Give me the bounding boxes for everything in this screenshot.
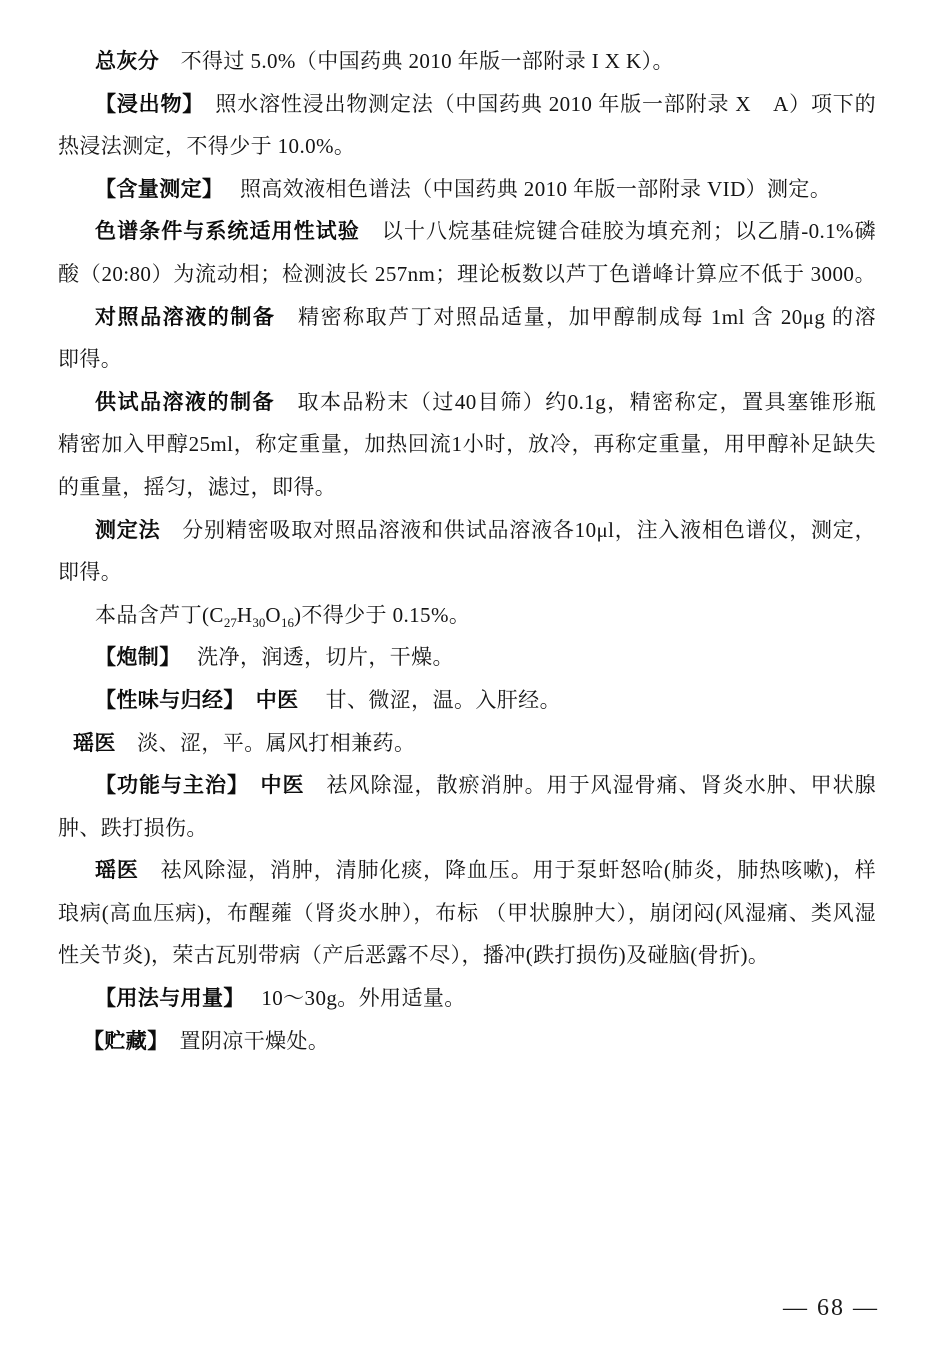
body-text: )不得少于 0.15%。 [294, 603, 470, 627]
heading-text: 瑶医 [95, 859, 139, 882]
text-line: 【用法与用量】 10～30g。外用适量。 [58, 977, 876, 1020]
text-line: 的重量，摇匀，滤过，即得。 [58, 466, 876, 509]
heading-text: 【功能与主治】 [95, 774, 239, 797]
heading-text: 【贮藏】 [83, 1030, 158, 1053]
body-text: 置阴凉干燥处。 [158, 1029, 329, 1053]
heading-text: 瑶医 [73, 732, 116, 755]
body-text: 甘、微涩，温。入肝经。 [299, 688, 561, 712]
body-text: 的重量，摇匀，滤过，即得。 [58, 475, 336, 499]
body-text: 精密加入甲醇25ml，称定重量，加热回流1小时，放冷，再称定重量，用甲醇补足缺失 [58, 432, 876, 456]
body-text: 琅病(高血压病)，布醒蕹（肾炎水肿），布标 （甲状腺肿大），崩闭闷(风湿痛、类风… [58, 901, 876, 925]
text-line: 测定法 分别精密吸取对照品溶液和供试品溶液各10μl，注入液相色谱仪，测定， [58, 509, 876, 552]
heading-text: 【浸出物】 [95, 93, 194, 116]
text-line: 对照品溶液的制备 精密称取芦丁对照品适量，加甲醇制成每 1ml 含 20μg 的… [58, 296, 876, 339]
body-text: O [265, 603, 281, 627]
body-text [239, 773, 261, 797]
body-text: 淡、涩，平。属风打相兼药。 [116, 731, 416, 755]
text-line: 琅病(高血压病)，布醒蕹（肾炎水肿），布标 （甲状腺肿大），崩闭闷(风湿痛、类风… [58, 892, 876, 935]
text-line: 供试品溶液的制备 取本品粉末（过40目筛）约0.1g，精密称定，置具塞锥形瓶中， [58, 381, 876, 424]
heading-text: 供试品溶液的制备 [95, 391, 275, 414]
heading-text: 色谱条件与系统适用性试验 [95, 220, 360, 243]
text-line: 精密加入甲醇25ml，称定重量，加热回流1小时，放冷，再称定重量，用甲醇补足缺失 [58, 423, 876, 466]
text-line: 色谱条件与系统适用性试验 以十八烷基硅烷键合硅胶为填充剂；以乙腈-0.1%磷 [58, 210, 876, 253]
text-line: 【贮藏】 置阴凉干燥处。 [58, 1020, 876, 1063]
text-line: 【功能与主治】 中医 祛风除湿，散瘀消肿。用于风湿骨痛、肾炎水肿、甲状腺 [58, 764, 876, 807]
heading-text: 对照品溶液的制备 [95, 306, 275, 329]
text-line: 瑶医 淡、涩，平。属风打相兼药。 [58, 722, 876, 765]
document-page: 总灰分 不得过 5.0%（中国药典 2010 年版一部附录 I X K）。【浸出… [0, 0, 927, 1353]
text-line: 【性味与归经】 中医 甘、微涩，温。入肝经。 [58, 679, 876, 722]
body-text: 本品含芦丁(C [95, 603, 224, 627]
body-text: 即得。 [58, 560, 122, 584]
body-text: 洗净，润透，切片，干燥。 [170, 645, 454, 669]
body-text: 性关节炎)，荣古瓦别带病（产后恶露不尽），播冲(跌打损伤)及碰脑(骨折)。 [58, 943, 769, 967]
subscript-text: 27 [224, 615, 237, 630]
text-line: 本品含芦丁(C27H30O16)不得少于 0.15%。 [58, 594, 876, 637]
body-text: 10～30g。外用适量。 [234, 986, 465, 1010]
text-line: 热浸法测定，不得少于 10.0%。 [58, 125, 876, 168]
heading-text: 测定法 [95, 519, 160, 542]
body-text: 分别精密吸取对照品溶液和供试品溶液各10μl，注入液相色谱仪，测定， [160, 518, 876, 542]
text-line: 【炮制】 洗净，润透，切片，干燥。 [58, 636, 876, 679]
text-line: 即得。 [58, 551, 876, 594]
body-text: 照高效液相色谱法（中国药典 2010 年版一部附录 VID）测定。 [213, 177, 831, 201]
body-text [234, 688, 255, 712]
heading-text: 【含量测定】 [95, 178, 213, 201]
body-text: H [237, 603, 253, 627]
text-line: 瑶医 祛风除湿，消肿，清肺化痰，降血压。用于泵虷怒哈(肺炎，肺热咳嗽)，样 [58, 849, 876, 892]
body-text: 以十八烷基硅烷键合硅胶为填充剂；以乙腈-0.1%磷 [360, 219, 876, 243]
body-text: 祛风除湿，散瘀消肿。用于风湿骨痛、肾炎水肿、甲状腺 [305, 773, 876, 797]
text-line: 酸（20:80）为流动相；检测波长 257nm；理论板数以芦丁色谱峰计算应不低于… [58, 253, 876, 296]
body-text: 酸（20:80）为流动相；检测波长 257nm；理论板数以芦丁色谱峰计算应不低于… [58, 262, 876, 286]
body-text: 祛风除湿，消肿，清肺化痰，降血压。用于泵虷怒哈(肺炎，肺热咳嗽)，样 [139, 858, 876, 882]
subscript-text: 16 [281, 615, 294, 630]
heading-text: 【炮制】 [95, 646, 170, 669]
page-number: — 68 — [783, 1295, 879, 1322]
heading-text: 【性味与归经】 [95, 689, 234, 712]
heading-text: 【用法与用量】 [95, 987, 234, 1010]
text-line: 【含量测定】 照高效液相色谱法（中国药典 2010 年版一部附录 VID）测定。 [58, 168, 876, 211]
text-line: 性关节炎)，荣古瓦别带病（产后恶露不尽），播冲(跌打损伤)及碰脑(骨折)。 [58, 934, 876, 977]
body-text: 热浸法测定，不得少于 10.0%。 [58, 134, 355, 158]
heading-text: 总灰分 [95, 50, 159, 73]
text-line: 即得。 [58, 338, 876, 381]
body-text: 不得过 5.0%（中国药典 2010 年版一部附录 I X K）。 [159, 49, 674, 73]
document-body: 总灰分 不得过 5.0%（中国药典 2010 年版一部附录 I X K）。【浸出… [58, 40, 876, 1062]
heading-text: 中医 [261, 774, 305, 797]
subscript-text: 30 [252, 615, 265, 630]
body-text: 照水溶性浸出物测定法（中国药典 2010 年版一部附录 X A）项下的 [194, 92, 876, 116]
body-text: 肿、跌打损伤。 [58, 816, 208, 840]
text-line: 总灰分 不得过 5.0%（中国药典 2010 年版一部附录 I X K）。 [58, 40, 876, 83]
heading-text: 中医 [256, 689, 299, 712]
text-line: 肿、跌打损伤。 [58, 807, 876, 850]
text-line: 【浸出物】 照水溶性浸出物测定法（中国药典 2010 年版一部附录 X A）项下… [58, 83, 876, 126]
body-text: 即得。 [58, 347, 122, 371]
